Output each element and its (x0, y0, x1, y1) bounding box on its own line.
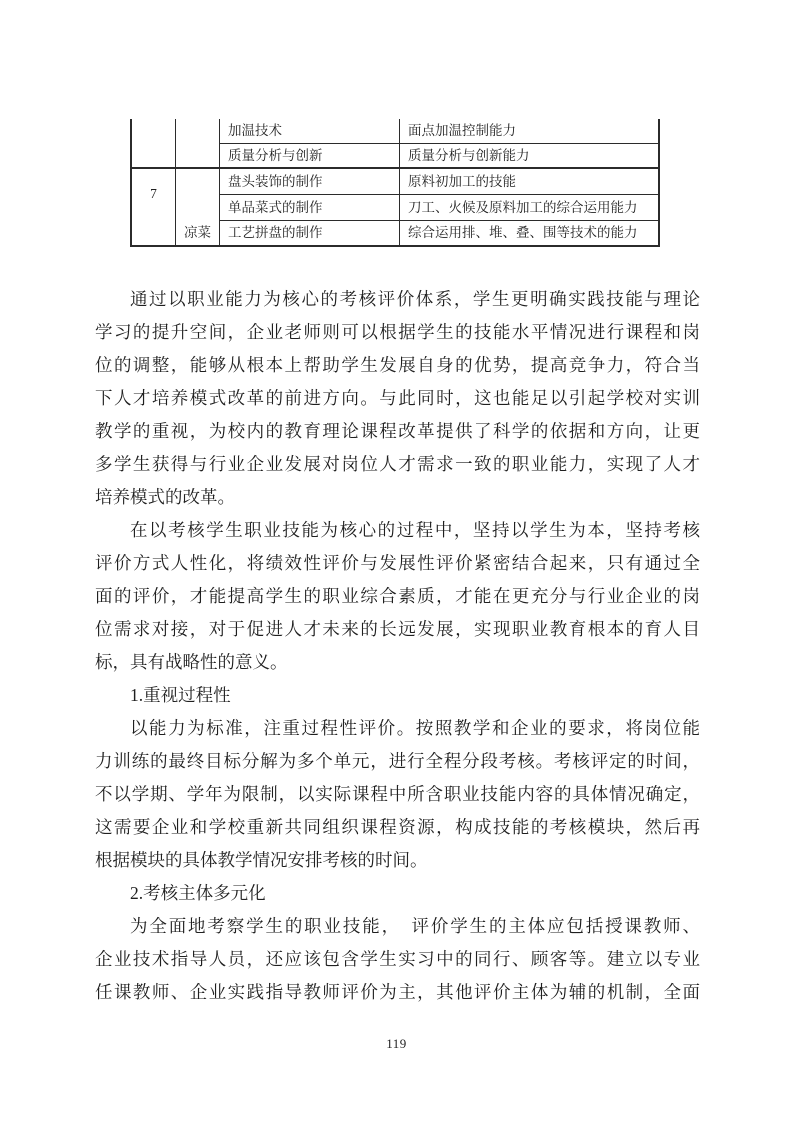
table-cell-ability: 综合运用排、堆、叠、围等技术的能力 (400, 221, 658, 245)
body-line: 教学的重视，为校内的教育理论课程改革提供了科学的依据和方向，让更 (95, 415, 700, 448)
body-line: 在以考核学生职业技能为核心的过程中，坚持以学生为本，坚持考核 (95, 514, 700, 547)
body-line: 面的评价，才能提高学生的职业综合素质，才能在更充分与行业企业的岗 (95, 580, 700, 613)
table-cell-course: 单品菜式的制作 (220, 195, 400, 221)
table-cell-course: 质量分析与创新 (220, 144, 400, 169)
body-line: 以能力为标准，注重过程性评价。按照教学和企业的要求，将岗位能 (95, 712, 700, 745)
body-line: 评价方式人性化，将绩效性评价与发展性评价紧密结合起来，只有通过全 (95, 547, 700, 580)
skill-assessment-table: 加温技术 面点加温控制能力 质量分析与创新 质量分析与创新能力 7 凉菜 盘头装… (130, 119, 660, 247)
body-line: 这需要企业和学校重新共同组织课程资源，构成技能的考核模块，然后再 (95, 811, 700, 844)
body-line: 不以学期、学年为限制，以实际课程中所含职业技能内容的具体情况确定， (95, 778, 700, 811)
body-line: 位的调整，能够从根本上帮助学生发展自身的优势，提高竞争力，符合当 (95, 349, 700, 382)
table-cell-ability: 刀工、火候及原料加工的综合运用能力 (400, 195, 658, 221)
document-page: 加温技术 面点加温控制能力 质量分析与创新 质量分析与创新能力 7 凉菜 盘头装… (0, 0, 793, 1122)
table-cell-ability: 质量分析与创新能力 (400, 144, 658, 169)
table-cell-course: 加温技术 (220, 119, 400, 144)
table-cell-ability: 原料初加工的技能 (400, 169, 658, 195)
body-heading: 1.重视过程性 (95, 679, 700, 712)
body-line: 为全面地考察学生的职业技能， 评价学生的主体应包括授课教师、 (95, 910, 700, 943)
body-line: 企业技术指导人员，还应该包含学生实习中的同行、顾客等。建立以专业 (95, 943, 700, 976)
body-text: 通过以职业能力为核心的考核评价体系，学生更明确实践技能与理论学习的提升空间，企业… (95, 283, 700, 1009)
body-line: 位需求对接，对于促进人才未来的长远发展，实现职业教育根本的育人目 (95, 613, 700, 646)
table-cell-course: 盘头装饰的制作 (220, 169, 400, 195)
table-cell-course: 工艺拼盘的制作 (220, 221, 400, 245)
table-cell-empty-category (176, 119, 220, 169)
body-line: 培养模式的改革。 (95, 481, 700, 514)
body-heading: 2.考核主体多元化 (95, 877, 700, 910)
table-cell-ability: 面点加温控制能力 (400, 119, 658, 144)
body-line: 学习的提升空间，企业老师则可以根据学生的技能水平情况进行课程和岗 (95, 316, 700, 349)
table-cell-empty-group (132, 119, 176, 169)
table-cell-group-number: 7 (132, 169, 176, 245)
page-number: 119 (0, 1036, 793, 1052)
table-cell-category: 凉菜 (176, 169, 220, 245)
body-line: 力训练的最终目标分解为多个单元，进行全程分段考核。考核评定的时间， (95, 745, 700, 778)
body-line: 标，具有战略性的意义。 (95, 646, 700, 679)
body-line: 根据模块的具体教学情况安排考核的时间。 (95, 844, 700, 877)
body-line: 多学生获得与行业企业发展对岗位人才需求一致的职业能力，实现了人才 (95, 448, 700, 481)
body-line: 通过以职业能力为核心的考核评价体系，学生更明确实践技能与理论 (95, 283, 700, 316)
body-line: 下人才培养模式改革的前进方向。与此同时，这也能足以引起学校对实训 (95, 382, 700, 415)
body-line: 任课教师、企业实践指导教师评价为主，其他评价主体为辅的机制，全面 (95, 976, 700, 1009)
